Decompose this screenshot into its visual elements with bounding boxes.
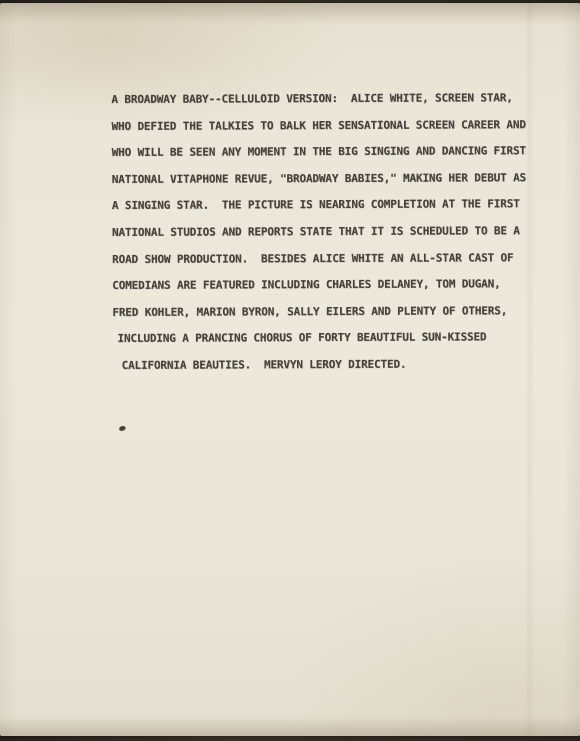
typewritten-line: FRED KOHLER, MARION BYRON, SALLY EILERS … — [112, 298, 552, 327]
typewritten-line: A SINGING STAR. THE PICTURE IS NEARING C… — [112, 191, 552, 220]
typewritten-text-block: A BROADWAY BABY--CELLULOID VERSION: ALIC… — [111, 85, 552, 379]
paper-sheet: A BROADWAY BABY--CELLULOID VERSION: ALIC… — [0, 3, 580, 736]
typewritten-line: INCLUDING A PRANCING CHORUS OF FORTY BEA… — [112, 324, 552, 353]
typewritten-line: CALIFORNIA BEAUTIES. MERVYN LEROY DIRECT… — [113, 351, 553, 380]
typewritten-line: WHO DEFIED THE TALKIES TO BALK HER SENSA… — [111, 112, 551, 141]
typewritten-line: NATIONAL STUDIOS AND REPORTS STATE THAT … — [112, 218, 552, 247]
typewritten-line: COMEDIANS ARE FEATURED INCLUDING CHARLES… — [112, 271, 552, 300]
typewritten-line: A BROADWAY BABY--CELLULOID VERSION: ALIC… — [111, 85, 551, 114]
typewritten-line: NATIONAL VITAPHONE REVUE, "BROADWAY BABI… — [112, 165, 552, 194]
typewritten-line: ROAD SHOW PRODUCTION. BESIDES ALICE WHIT… — [112, 245, 552, 274]
typewritten-line: WHO WILL BE SEEN ANY MOMENT IN THE BIG S… — [112, 138, 552, 167]
ink-speck — [118, 425, 126, 432]
